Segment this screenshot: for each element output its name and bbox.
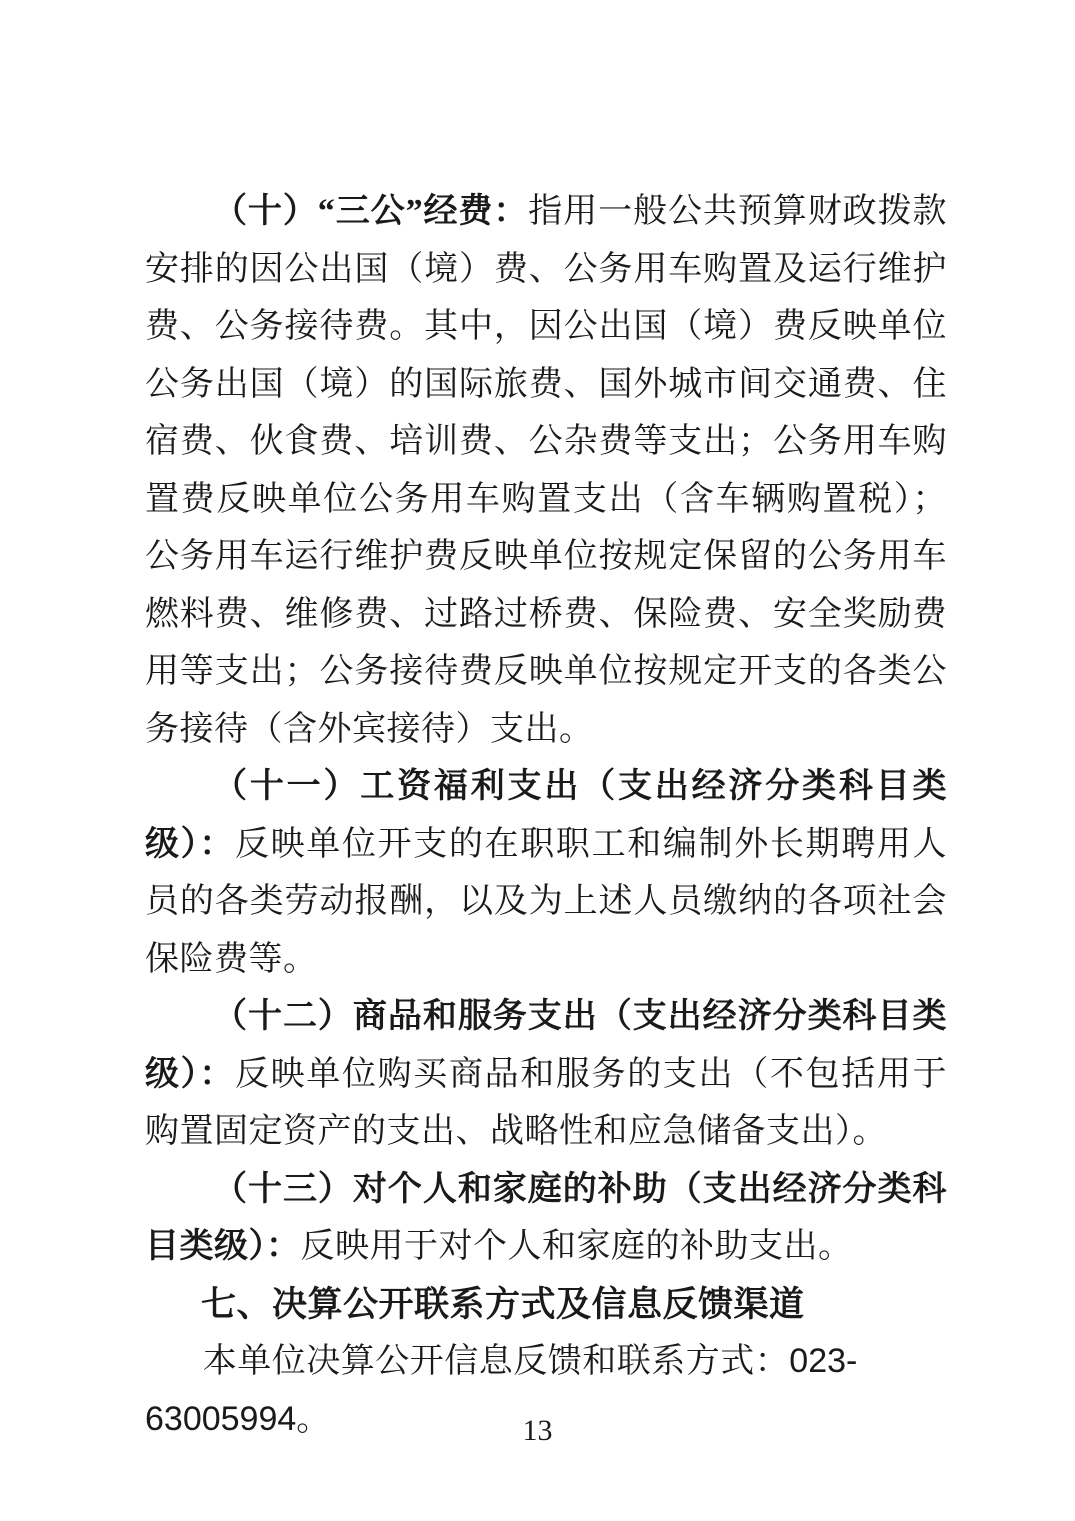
- paragraph-body-text: 反映单位购买商品和服务的支出（不包括用于购置固定资产的支出、战略性和应急储备支出…: [145, 1056, 947, 1151]
- section-heading: 七、决算公开联系方式及信息反馈渠道: [145, 1276, 947, 1334]
- paragraph-body-text: 指用一般公共预算财政拨款安排的因公出国（境）费、公务用车购置及运行维护费、公务接…: [145, 193, 947, 748]
- document-body: （十）“三公”经费：指用一般公共预算财政拨款安排的因公出国（境）费、公务用车购置…: [145, 183, 947, 1448]
- paragraph-body-text: 反映用于对个人和家庭的补助支出。: [301, 1228, 853, 1265]
- paragraph-goods-services: （十二）商品和服务支出（支出经济分类科目类级）：反映单位购买商品和服务的支出（不…: [145, 988, 947, 1161]
- page-number: 13: [0, 1413, 1075, 1449]
- paragraph-sangong-funds: （十）“三公”经费：指用一般公共预算财政拨款安排的因公出国（境）费、公务用车购置…: [145, 183, 947, 758]
- document-page: （十）“三公”经费：指用一般公共预算财政拨款安排的因公出国（境）费、公务用车购置…: [0, 0, 1075, 1521]
- paragraph-wage-welfare: （十一）工资福利支出（支出经济分类科目类级）：反映单位开支的在职职工和编制外长期…: [145, 758, 947, 988]
- paragraph-lead-label: （十）“三公”经费：: [213, 193, 528, 230]
- contact-prefix-text: 本单位决算公开信息反馈和联系方式：: [203, 1343, 790, 1380]
- paragraph-individual-family-subsidy: （十三）对个人和家庭的补助（支出经济分类科目类级）：反映用于对个人和家庭的补助支…: [145, 1161, 947, 1276]
- paragraph-body-text: 反映单位开支的在职职工和编制外长期聘用人员的各类劳动报酬，以及为上述人员缴纳的各…: [145, 826, 947, 978]
